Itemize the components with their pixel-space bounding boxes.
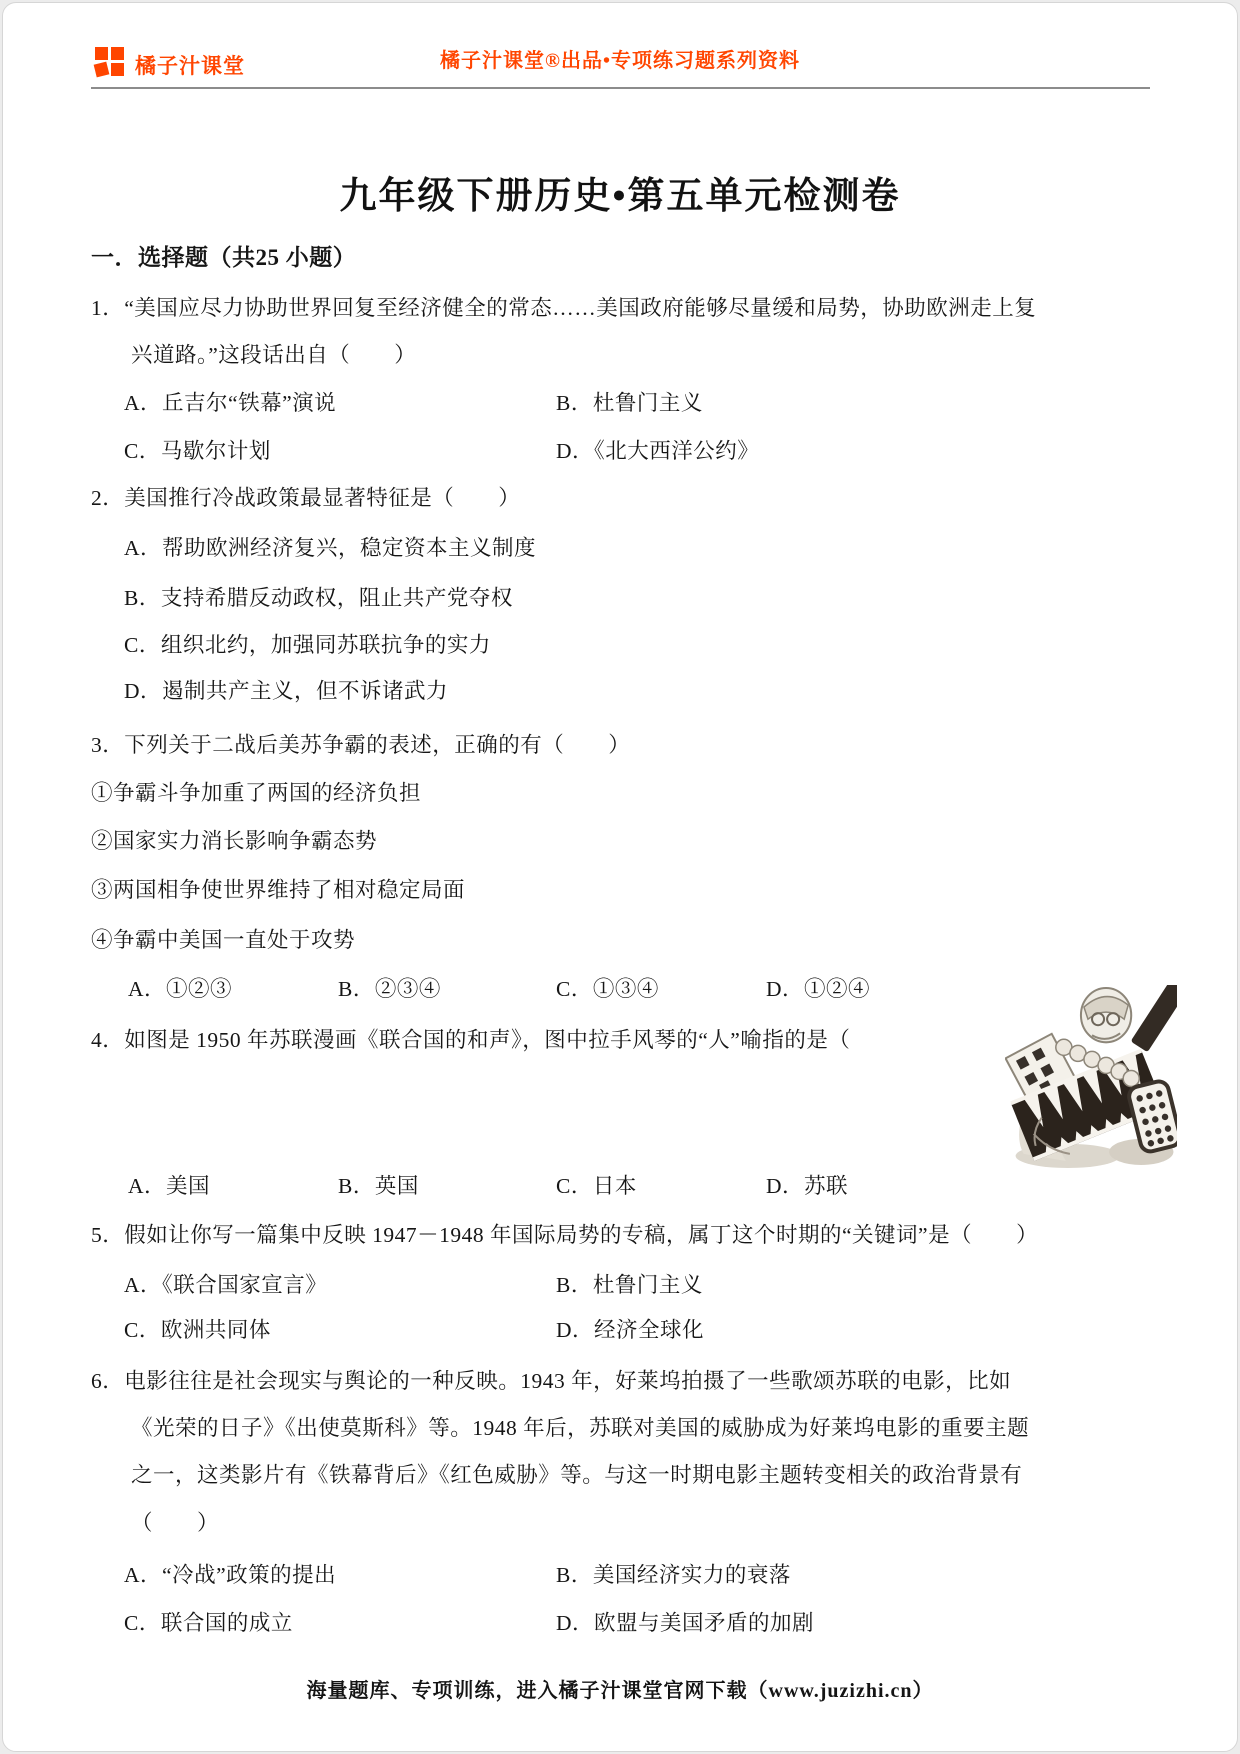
q4-option-b: B．英国: [338, 1171, 419, 1201]
q4-option-d: D．苏联: [766, 1171, 848, 1201]
header-slogan: 橘子汁课堂®出品•专项练习题系列资料: [3, 48, 1237, 74]
q3-option-a: A．①②③: [128, 974, 232, 1004]
q6-option-c: C．联合国的成立: [124, 1608, 293, 1638]
q3-item-3: ③两国相争使世界维持了相对稳定局面: [91, 875, 465, 905]
section-heading: 一．选择题（共25 小题）: [91, 243, 356, 273]
q5-stem: 5．假如让你写一篇集中反映 1947－1948 年国际局势的专稿，属丁这个时期的…: [91, 1220, 1038, 1250]
q3-option-c: C．①③④: [556, 974, 659, 1004]
q5-option-c: C．欧洲共同体: [124, 1315, 271, 1345]
footer-note: 海量题库、专项训练，进入橘子汁课堂官网下载（www.juzizhi.cn）: [3, 1676, 1237, 1706]
q4-option-c: C．日本: [556, 1171, 637, 1201]
q3-option-d: D．①②④: [766, 974, 870, 1004]
q3-stem: 3．下列关于二战后美苏争霸的表述，正确的有（ ）: [91, 730, 630, 760]
header-divider: [91, 87, 1150, 89]
un-harmony-cartoon-image: [1005, 985, 1177, 1171]
q6-stem-line1: 6．电影往往是社会现实与舆论的一种反映。1943 年，好莱坞拍摄了一些歌颂苏联的…: [91, 1366, 1011, 1396]
q6-option-d: D．欧盟与美国矛盾的加剧: [556, 1608, 814, 1638]
q2-stem: 2．美国推行冷战政策最显著特征是（ ）: [91, 483, 520, 513]
q1-option-b: B．杜鲁门主义: [556, 388, 703, 418]
q4-stem: 4．如图是 1950 年苏联漫画《联合国的和声》，图中拉手风琴的“人”喻指的是（: [91, 1025, 850, 1055]
q6-option-a: A．“冷战”政策的提出: [124, 1560, 336, 1590]
q3-item-4: ④争霸中美国一直处于攻势: [91, 925, 355, 955]
q5-option-d: D．经济全球化: [556, 1315, 704, 1345]
q1-stem-line1: 1．“美国应尽力协助世界回复至经济健全的常态……美国政府能够尽量缓和局势，协助欧…: [91, 293, 1036, 323]
q5-option-a: A．《联合国家宣言》: [124, 1270, 327, 1300]
q6-stem-line4: （ ）: [131, 1508, 219, 1538]
q4-option-a: A．美国: [128, 1171, 210, 1201]
q2-option-d: D．遏制共产主义，但不诉诸武力: [124, 676, 448, 706]
q6-option-b: B．美国经济实力的衰落: [556, 1560, 791, 1590]
q1-option-c: C．马歇尔计划: [124, 436, 271, 466]
q3-option-b: B．②③④: [338, 974, 441, 1004]
page-title: 九年级下册历史•第五单元检测卷: [3, 175, 1237, 219]
q2-option-a: A．帮助欧洲经济复兴，稳定资本主义制度: [124, 533, 536, 563]
q1-option-a: A．丘吉尔“铁幕”演说: [124, 388, 336, 418]
exam-page: 橘子汁课堂 橘子汁课堂®出品•专项练习题系列资料 九年级下册历史•第五单元检测卷…: [2, 2, 1238, 1752]
q1-option-d: D．《北大西洋公约》: [556, 436, 759, 466]
q1-stem-line2: 兴道路。”这段话出自（ ）: [131, 340, 416, 370]
q2-option-b: B．支持希腊反动政权，阻止共产党夺权: [124, 583, 513, 613]
q5-option-b: B．杜鲁门主义: [556, 1270, 703, 1300]
q2-option-c: C．组织北约，加强同苏联抗争的实力: [124, 630, 491, 660]
q6-stem-line3: 之一，这类影片有《铁幕背后》《红色威胁》等。与这一时期电影主题转变相关的政治背景…: [131, 1460, 1022, 1490]
q3-item-1: ①争霸斗争加重了两国的经济负担: [91, 778, 421, 808]
q6-stem-line2: 《光荣的日子》《出使莫斯科》等。1948 年后，苏联对美国的威胁成为好莱坞电影的…: [131, 1413, 1029, 1443]
q3-item-2: ②国家实力消长影响争霸态势: [91, 826, 377, 856]
